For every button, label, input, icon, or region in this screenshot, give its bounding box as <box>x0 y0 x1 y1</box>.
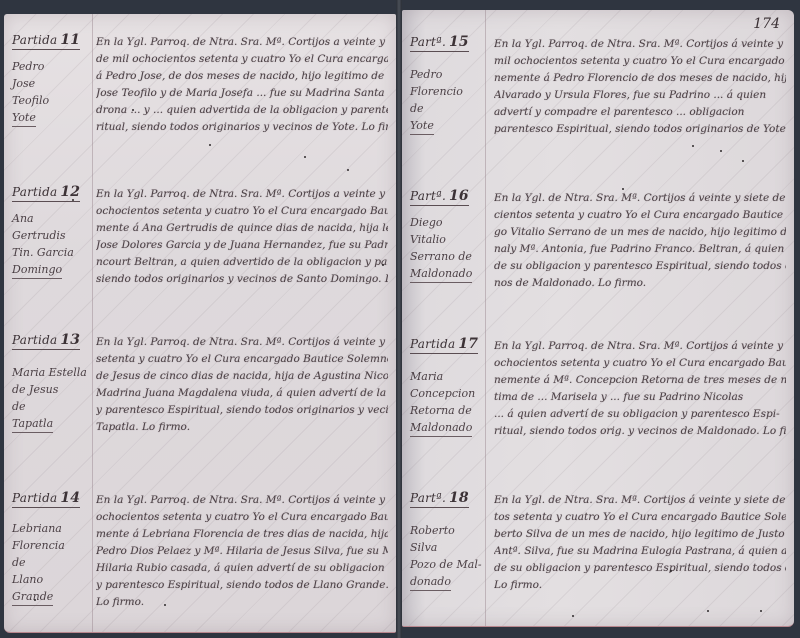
partida-label: Partª.15 <box>410 34 469 52</box>
margin-names: Diego Vitalio Serrano de Maldonado <box>410 214 488 283</box>
entry-margin: Partida11 Pedro Jose Teofilo Yote <box>12 32 90 127</box>
entry-text: En la Ygl. Parroq. de Ntra. Sra. Mª. Cor… <box>494 36 786 138</box>
page-number: 174 <box>753 16 780 32</box>
margin-names: Pedro Jose Teofilo Yote <box>12 58 90 127</box>
margin-names: Maria Concepcion Retorna de Maldonado <box>410 368 488 437</box>
entry-margin: Partida14 Lebriana Florencia de Llano Gr… <box>12 490 90 606</box>
partida-number: 13 <box>60 332 80 348</box>
entry-text: En la Ygl. de Ntra. Sra. Mª. Cortijos á … <box>494 190 786 292</box>
register-entry: Partida13 Maria Estella de Jesus de Tapa… <box>4 332 396 472</box>
partida-label: Partida11 <box>12 32 80 50</box>
partida-number: 12 <box>60 184 80 200</box>
partida-number: 17 <box>458 336 478 352</box>
margin-names: Roberto Silva Pozo de Mal- donado <box>410 522 488 591</box>
partida-label: Partida14 <box>12 490 80 508</box>
partida-number: 11 <box>60 32 80 48</box>
entry-text: En la Ygl. Parroq. de Ntra. Sra. Mª. Cor… <box>96 186 388 288</box>
partida-number: 15 <box>449 34 469 50</box>
register-entry: Partida17 Maria Concepcion Retorna de Ma… <box>402 336 794 466</box>
partida-label: Partida17 <box>410 336 478 354</box>
entry-margin: Partª.16 Diego Vitalio Serrano de Maldon… <box>410 188 488 283</box>
partida-label: Partida12 <box>12 184 80 202</box>
partida-number: 16 <box>449 188 469 204</box>
register-entry: Partida14 Lebriana Florencia de Llano Gr… <box>4 490 396 630</box>
entry-margin: Partida12 Ana Gertrudis Tin. Garcia Domi… <box>12 184 90 279</box>
entry-text: En la Ygl. Parroq. de Ntra. Sra. Mª. Cor… <box>96 34 388 136</box>
entry-margin: Partª.15 Pedro Florencio de Yote <box>410 34 488 135</box>
partida-number: 14 <box>60 490 80 506</box>
left-page: Partida11 Pedro Jose Teofilo Yote En la … <box>4 14 396 633</box>
register-entry: Partida11 Pedro Jose Teofilo Yote En la … <box>4 32 396 182</box>
margin-names: Pedro Florencio de Yote <box>410 66 488 135</box>
margin-names: Ana Gertrudis Tin. Garcia Domingo <box>12 210 90 279</box>
partida-number: 18 <box>449 490 469 506</box>
margin-names: Lebriana Florencia de Llano Grande <box>12 520 90 606</box>
register-entry: Partida12 Ana Gertrudis Tin. Garcia Domi… <box>4 184 396 314</box>
entry-margin: Partida17 Maria Concepcion Retorna de Ma… <box>410 336 488 437</box>
partida-label: Partª.18 <box>410 490 469 508</box>
register-entry: Partª.18 Roberto Silva Pozo de Mal- dona… <box>402 490 794 620</box>
partida-label: Partª.16 <box>410 188 469 206</box>
right-page: 174 Partª.15 Pedro Florencio de Yote En … <box>402 10 794 627</box>
entry-margin: Partª.18 Roberto Silva Pozo de Mal- dona… <box>410 490 488 591</box>
entry-margin: Partida13 Maria Estella de Jesus de Tapa… <box>12 332 90 433</box>
register-entry: Partª.16 Diego Vitalio Serrano de Maldon… <box>402 188 794 318</box>
margin-names: Maria Estella de Jesus de Tapatla <box>12 364 90 433</box>
entry-text: En la Ygl. Parroq. de Ntra. Sra. Mª. Cor… <box>494 338 786 440</box>
partida-label: Partida13 <box>12 332 80 350</box>
register-entry: Partª.15 Pedro Florencio de Yote En la Y… <box>402 34 794 174</box>
entry-text: En la Ygl. Parroq. de Ntra. Sra. Mª. Cor… <box>96 492 388 611</box>
entry-text: En la Ygl. Parroq. de Ntra. Sra. Mª. Cor… <box>96 334 388 436</box>
entry-text: En la Ygl. de Ntra. Sra. Mª. Cortijos á … <box>494 492 786 594</box>
